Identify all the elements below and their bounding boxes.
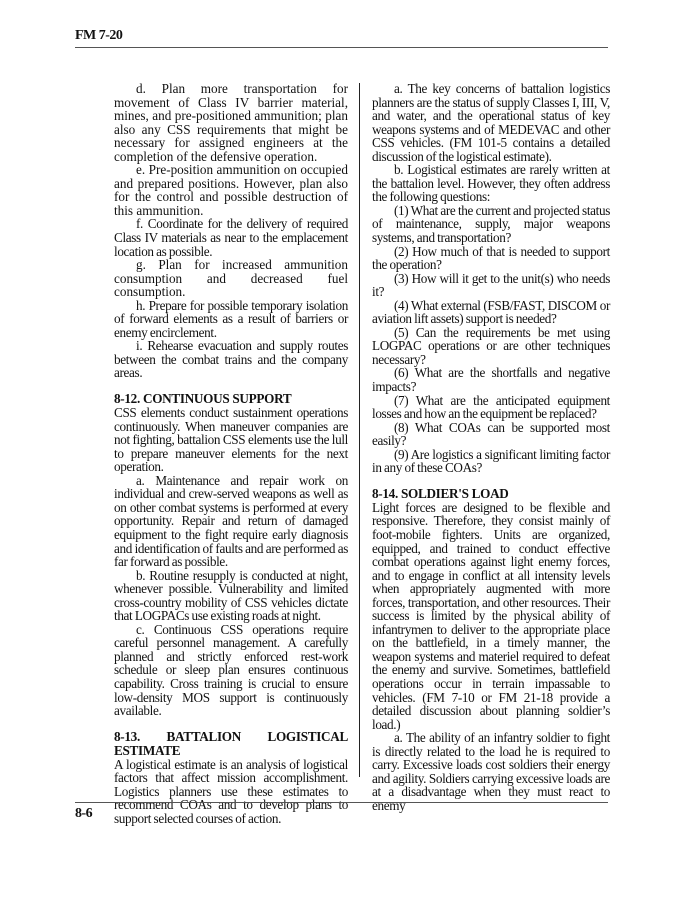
footer-rule (75, 802, 608, 803)
section-8-14-intro: Light forces are designed to be flexible… (372, 501, 610, 731)
question-1: (1) What are the current and projected s… (372, 204, 610, 245)
section-8-12-paragraph-b: b. Routine resupply is conducted at nigh… (114, 569, 348, 623)
section-heading-8-13: 8-13. BATTALION LOGISTICAL ESTIMATE (114, 730, 348, 758)
paragraph-h: h. Prepare for possible temporary isolat… (114, 299, 348, 340)
paragraph-d: d. Plan more transportation for movement… (114, 82, 348, 163)
paragraph-i: i. Rehearse evacuation and supply routes… (114, 339, 348, 380)
header-rule (75, 47, 608, 48)
page-number: 8-6 (75, 806, 92, 822)
question-2: (2) How much of that is needed to suppor… (372, 245, 610, 272)
paragraph-f: f. Coordinate for the delivery of requir… (114, 217, 348, 258)
right-column: a. The key concerns of battalion logisti… (372, 82, 610, 812)
question-6: (6) What are the shortfalls and negative… (372, 366, 610, 393)
question-5: (5) Can the requirements be met using LO… (372, 326, 610, 367)
section-8-12-paragraph-a: a. Maintenance and repair work on indivi… (114, 474, 348, 569)
section-8-12-paragraph-c: c. Continuous CSS operations require car… (114, 623, 348, 718)
section-heading-8-14: 8-14. SOLDIER'S LOAD (372, 487, 610, 501)
column-divider (359, 83, 360, 777)
question-4: (4) What external (FSB/FAST, DISCOM or a… (372, 299, 610, 326)
section-8-13-intro: A logistical estimate is an analysis of … (114, 758, 348, 826)
section-8-14-paragraph-a: a. The ability of an infantry soldier to… (372, 731, 610, 812)
question-8: (8) What COAs can be supported most easi… (372, 421, 610, 448)
question-7: (7) What are the anticipated equipment l… (372, 394, 610, 421)
left-column: d. Plan more transportation for movement… (114, 82, 348, 825)
paragraph-a: a. The key concerns of battalion logisti… (372, 82, 610, 163)
running-head: FM 7-20 (75, 28, 122, 44)
section-heading-8-12: 8-12. CONTINUOUS SUPPORT (114, 392, 348, 406)
paragraph-e: e. Pre-position ammunition on occupied a… (114, 163, 348, 217)
section-8-12-intro: CSS elements conduct sustainment operati… (114, 406, 348, 474)
question-3: (3) How will it get to the unit(s) who n… (372, 272, 610, 299)
question-9: (9) Are logistics a significant limiting… (372, 448, 610, 475)
paragraph-b: b. Logistical estimates are rarely writt… (372, 163, 610, 204)
paragraph-g: g. Plan for increased ammunition consump… (114, 258, 348, 299)
